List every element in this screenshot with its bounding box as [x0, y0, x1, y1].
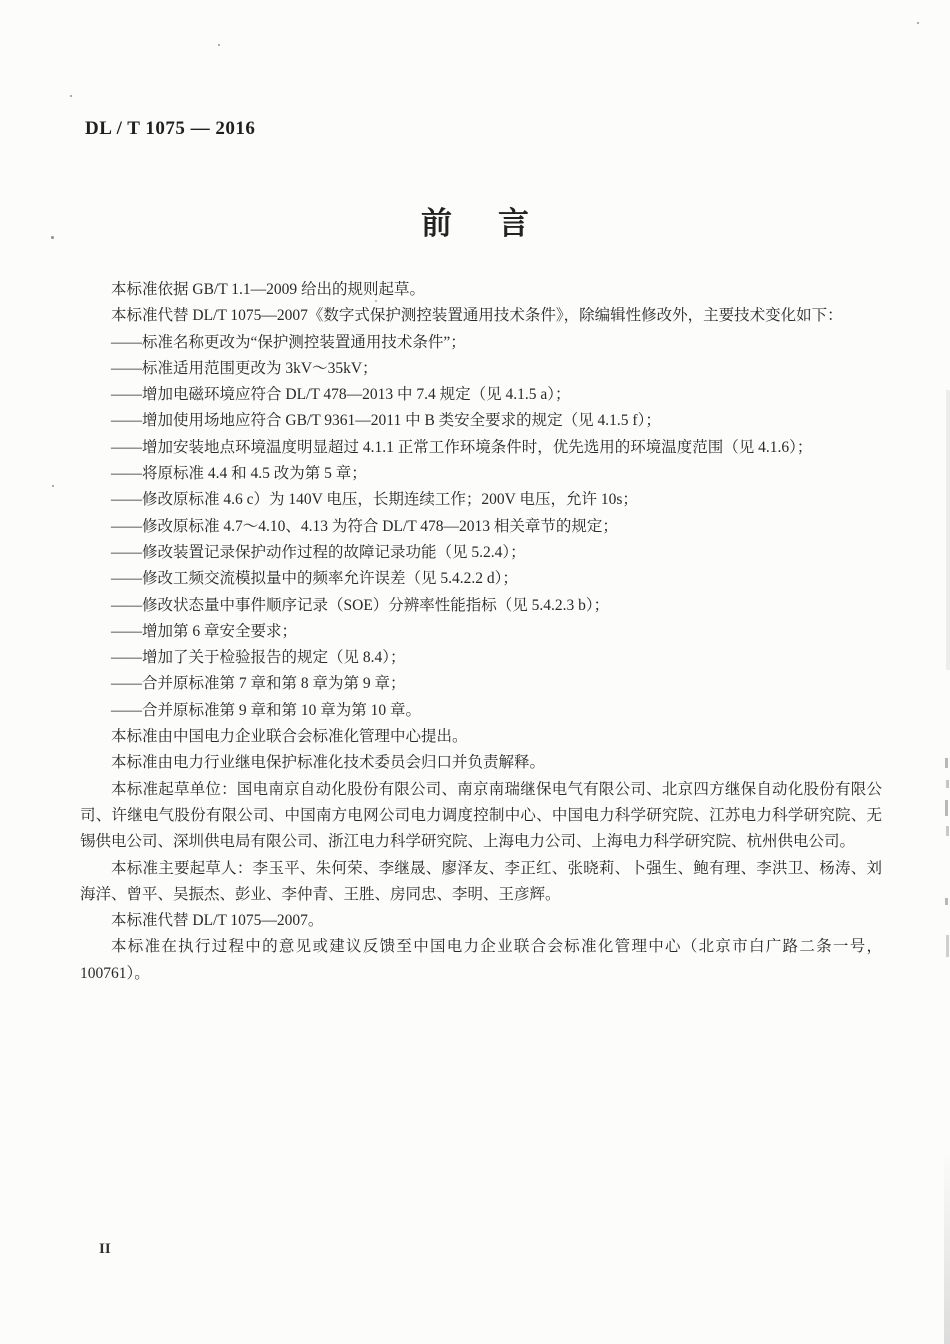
scan-speck: [70, 95, 72, 97]
scan-speck: [52, 485, 54, 487]
change-item: ——增加使用场地应符合 GB/T 9361—2011 中 B 类安全要求的规定（…: [80, 408, 882, 434]
closing-paragraph: 本标准在执行过程中的意见或建议反馈至中国电力企业联合会标准化管理中心（北京市白广…: [80, 934, 882, 987]
scan-edge-artifact: [946, 780, 949, 788]
page-title-char-2: 言: [498, 198, 529, 243]
closing-paragraph: 本标准起草单位：国电南京自动化股份有限公司、南京南瑞继保电气有限公司、北京四方继…: [80, 777, 882, 856]
change-item: ——增加了关于检验报告的规定（见 8.4）；: [80, 645, 882, 671]
scan-edge-artifact: [946, 826, 949, 836]
change-item: ——修改工频交流模拟量中的频率允许误差（见 5.4.2.2 d）；: [80, 566, 882, 592]
page-number: II: [99, 1241, 111, 1258]
closing-paragraph: 本标准由中国电力企业联合会标准化管理中心提出。: [80, 724, 882, 750]
change-item: ——增加第 6 章安全要求；: [80, 619, 882, 645]
foreword-body: 本标准依据 GB/T 1.1—2009 给出的规则起草。 本标准代替 DL/T …: [80, 277, 882, 987]
change-item: ——增加电磁环境应符合 DL/T 478—2013 中 7.4 规定（见 4.1…: [80, 382, 882, 408]
closing-paragraph: 本标准由电力行业继电保护标准化技术委员会归口并负责解释。: [80, 750, 882, 776]
scan-edge-artifact: [945, 758, 948, 768]
scan-edge-artifact: [946, 935, 949, 957]
change-item: ——修改原标准 4.7～4.10、4.13 为符合 DL/T 478—2013 …: [80, 514, 882, 540]
scan-speck: [51, 236, 54, 239]
change-item: ——修改装置记录保护动作过程的故障记录功能（见 5.2.4）；: [80, 540, 882, 566]
page-title: 前言: [0, 198, 950, 243]
scan-speck: [218, 44, 220, 46]
scan-speck: [917, 22, 919, 24]
standard-number: DL / T 1075 — 2016: [85, 118, 255, 140]
scan-speck: [375, 300, 377, 302]
change-item: ——增加安装地点环境温度明显超过 4.1.1 正常工作环境条件时，优先选用的环境…: [80, 435, 882, 461]
page-title-char-1: 前: [421, 198, 452, 243]
change-item: ——标准名称更改为“保护测控装置通用技术条件”；: [80, 330, 882, 356]
change-item: ——修改状态量中事件顺序记录（SOE）分辨率性能指标（见 5.4.2.3 b）；: [80, 593, 882, 619]
intro-paragraph: 本标准依据 GB/T 1.1—2009 给出的规则起草。: [80, 277, 882, 303]
change-item: ——修改原标准 4.6 c）为 140V 电压，长期连续工作；200V 电压，允…: [80, 487, 882, 513]
scan-edge-shadow: [944, 1150, 950, 1344]
scan-edge-artifact: [945, 800, 948, 816]
scan-edge-artifact: [945, 898, 948, 905]
document-page: DL / T 1075 — 2016 前言 本标准依据 GB/T 1.1—200…: [0, 0, 950, 1344]
intro-paragraph: 本标准代替 DL/T 1075—2007《数字式保护测控装置通用技术条件》，除编…: [80, 303, 882, 329]
change-item: ——标准适用范围更改为 3kV～35kV；: [80, 356, 882, 382]
change-item: ——合并原标准第 7 章和第 8 章为第 9 章；: [80, 671, 882, 697]
change-item: ——合并原标准第 9 章和第 10 章为第 10 章。: [80, 698, 882, 724]
closing-paragraph: 本标准代替 DL/T 1075—2007。: [80, 908, 882, 934]
scan-edge-shadow: [946, 390, 950, 670]
change-item: ——将原标准 4.4 和 4.5 改为第 5 章；: [80, 461, 882, 487]
closing-paragraph: 本标准主要起草人：李玉平、朱何荣、李继晟、廖泽友、李正红、张晓莉、卜强生、鲍有理…: [80, 856, 882, 909]
